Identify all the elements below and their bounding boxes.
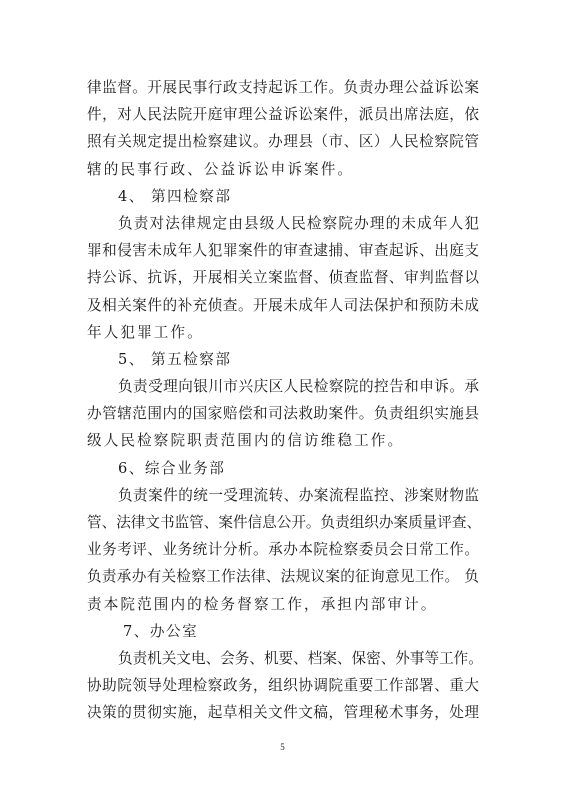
section-heading-4: 4、 第四检察部 bbox=[87, 183, 479, 210]
paragraph-line: 负责承办有关检察工作法律、法规议案的征询意见工作。 负 bbox=[87, 563, 479, 590]
paragraph-line: 律监督。开展民事行政支持起诉工作。负责办理公益诉讼案 bbox=[87, 74, 479, 101]
document-page: 律监督。开展民事行政支持起诉工作。负责办理公益诉讼案 件，对人民法院开庭审理公益… bbox=[0, 0, 565, 800]
paragraph-line: 负责案件的统一受理流转、办案流程监控、涉案财物监 bbox=[87, 482, 479, 509]
paragraph-line: 决策的贯彻实施，起草相关文件文稿，管理秘术事务，处理 bbox=[87, 699, 479, 726]
page-number: 5 bbox=[0, 742, 565, 752]
paragraph-line: 负责对法律规定由县级人民检察院办理的未成年人犯 bbox=[87, 210, 479, 237]
section-heading-5: 5、 第五检察部 bbox=[87, 346, 479, 373]
paragraph-line: 负责机关文电、会务、机要、档案、保密、外事等工作。 bbox=[87, 645, 479, 672]
paragraph-line: 罪和侵害未成年人犯罪案件的审查逮捕、审查起诉、出庭支 bbox=[87, 237, 479, 264]
paragraph-line: 责本院范围内的检务督察工作，承担内部审计。 bbox=[87, 591, 479, 618]
paragraph-line: 辖的民事行政、公益诉讼申诉案件。 bbox=[87, 156, 479, 183]
paragraph-line: 照有关规定提出检察建议。办理县（市、区）人民检察院管 bbox=[87, 128, 479, 155]
paragraph-line: 件，对人民法院开庭审理公益诉讼案件，派员出席法庭，依 bbox=[87, 101, 479, 128]
page-body: 律监督。开展民事行政支持起诉工作。负责办理公益诉讼案 件，对人民法院开庭审理公益… bbox=[87, 74, 479, 727]
paragraph-line: 及相关案件的补充侦查。开展未成年人司法保护和预防未成 bbox=[87, 292, 479, 319]
paragraph-line: 级人民检察院职责范围内的信访维稳工作。 bbox=[87, 427, 479, 454]
paragraph-line: 协助院领导处理检察政务，组织协调院重要工作部署、重大 bbox=[87, 672, 479, 699]
section-heading-7: 7、办公室 bbox=[87, 618, 479, 645]
paragraph-line: 年人犯罪工作。 bbox=[87, 319, 479, 346]
paragraph-line: 办管辖范围内的国家赔偿和司法救助案件。负责组织实施县 bbox=[87, 400, 479, 427]
paragraph-line: 负责受理向银川市兴庆区人民检察院的控告和申诉。承 bbox=[87, 373, 479, 400]
section-heading-6: 6、综合业务部 bbox=[87, 455, 479, 482]
paragraph-line: 业务考评、业务统计分析。承办本院检察委员会日常工作。 bbox=[87, 536, 479, 563]
paragraph-line: 管、法律文书监管、案件信息公开。负责组织办案质量评查、 bbox=[87, 509, 479, 536]
paragraph-line: 持公诉、抗诉，开展相关立案监督、侦查监督、审判监督以 bbox=[87, 264, 479, 291]
